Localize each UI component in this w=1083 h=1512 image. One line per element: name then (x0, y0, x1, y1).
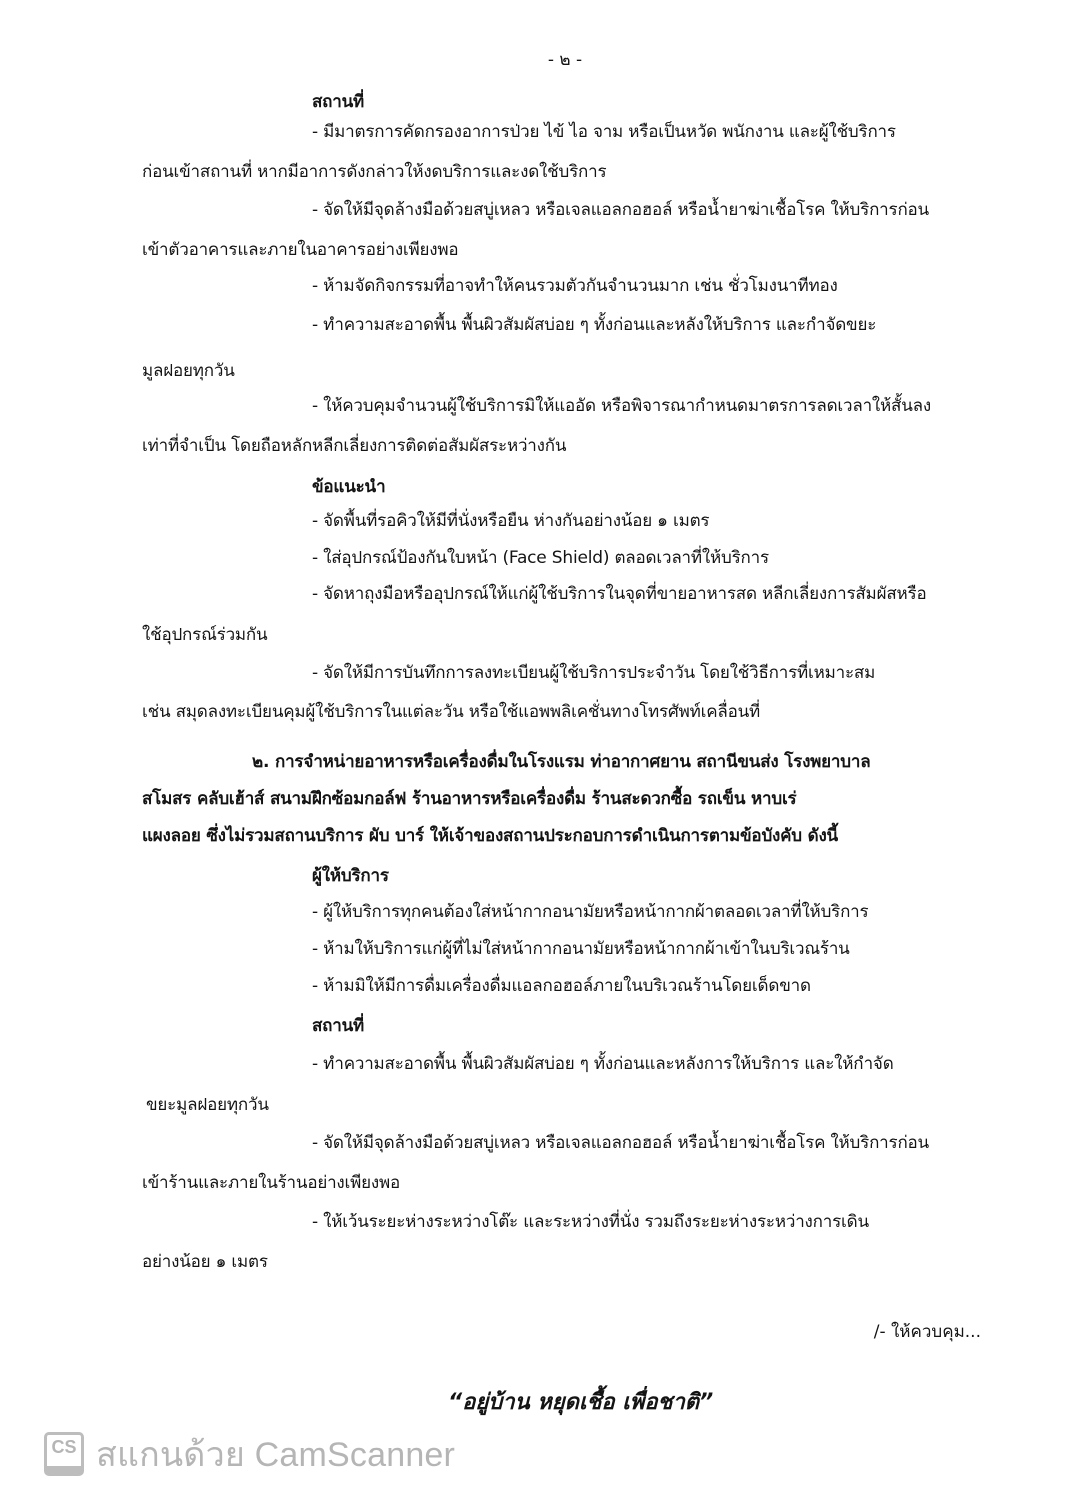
advice-item-1: - จัดพื้นที่รอคิวให้มีที่นั่งหรือยืน ห่า… (312, 509, 709, 533)
section2-title-line-3: แผงลอย ซึ่งไม่รวมสถานบริการ ผับ บาร์ ให้… (142, 824, 838, 848)
premises-item-1-cont: ก่อนเข้าสถานที่ หากมีอาการดังกล่าวให้งดบ… (142, 160, 606, 184)
section2-premises-item-3: - ให้เว้นระยะห่างระหว่างโต๊ะ และระหว่างท… (312, 1210, 869, 1234)
continuation-marker: /- ให้ควบคุม... (874, 1318, 981, 1345)
section2-premises-item-3-cont: อย่างน้อย ๑ เมตร (142, 1250, 268, 1274)
premises-item-2-cont: เข้าตัวอาคารและภายในอาคารอย่างเพียงพอ (142, 238, 458, 262)
premises-item-4: - ทำความสะอาดพื้น พื้นผิวสัมผัสบ่อย ๆ ทั… (312, 313, 876, 337)
advice-item-2: - ใส่อุปกรณ์ป้องกันใบหน้า (Face Shield) … (312, 546, 769, 570)
premises-item-4-cont: มูลฝอยทุกวัน (142, 359, 235, 383)
section2-title-line-2: สโมสร คลับเฮ้าส์ สนามฝึกซ้อมกอล์ฟ ร้านอา… (142, 787, 796, 811)
advice-item-4: - จัดให้มีการบันทึกการลงทะเบียนผู้ใช้บริ… (312, 661, 875, 685)
slogan: “อยู่บ้าน หยุดเชื้อ เพื่อชาติ” (448, 1384, 713, 1419)
scanned-document-page: - ๒ - สถานที่ - มีมาตรการคัดกรองอาการป่ว… (0, 0, 1083, 1512)
advice-heading: ข้อแนะนำ (312, 475, 386, 499)
premises-item-5-cont: เท่าที่จำเป็น โดยถือหลักหลีกเลี่ยงการติด… (142, 434, 566, 458)
section2-premises-item-1: - ทำความสะอาดพื้น พื้นผิวสัมผัสบ่อย ๆ ทั… (312, 1052, 894, 1076)
provider-item-2: - ห้ามให้บริการแก่ผู้ที่ไม่ใส่หน้ากากอนา… (312, 937, 850, 961)
premises-heading: สถานที่ (312, 90, 364, 114)
provider-item-1: - ผู้ให้บริการทุกคนต้องใส่หน้ากากอนามัยห… (312, 900, 868, 924)
page-number: - ๒ - (0, 46, 1083, 73)
advice-item-3: - จัดหาถุงมือหรืออุปกรณ์ให้แก่ผู้ใช้บริก… (312, 582, 926, 606)
section2-title-line-1: ๒. การจำหน่ายอาหารหรือเครื่องดื่มในโรงแร… (252, 750, 870, 774)
premises-item-3: - ห้ามจัดกิจกรรมที่อาจทำให้คนรวมตัวกันจำ… (312, 274, 838, 298)
watermark-text: สแกนด้วย CamScanner (96, 1427, 455, 1481)
premises-item-1: - มีมาตรการคัดกรองอาการป่วย ไข้ ไอ จาม ห… (312, 120, 896, 144)
advice-item-3-cont: ใช้อุปกรณ์ร่วมกัน (142, 623, 267, 647)
provider-heading: ผู้ให้บริการ (312, 864, 389, 888)
section2-premises-heading: สถานที่ (312, 1014, 364, 1038)
advice-item-4-cont: เช่น สมุดลงทะเบียนคุมผู้ใช้บริการในแต่ละ… (142, 700, 760, 724)
camscanner-watermark: CS สแกนด้วย CamScanner (44, 1427, 455, 1481)
section2-premises-item-2-cont: เข้าร้านและภายในร้านอย่างเพียงพอ (142, 1171, 400, 1195)
provider-item-3: - ห้ามมิให้มีการดื่มเครื่องดื่มแอลกอฮอล์… (312, 974, 811, 998)
premises-item-2: - จัดให้มีจุดล้างมือด้วยสบู่เหลว หรือเจล… (312, 198, 929, 222)
premises-item-5: - ให้ควบคุมจำนวนผู้ใช้บริการมิให้แออัด ห… (312, 394, 931, 418)
section2-premises-item-1-cont: ขยะมูลฝอยทุกวัน (146, 1093, 269, 1117)
camscanner-logo-icon: CS (44, 1432, 84, 1476)
section2-premises-item-2: - จัดให้มีจุดล้างมือด้วยสบู่เหลว หรือเจล… (312, 1131, 929, 1155)
